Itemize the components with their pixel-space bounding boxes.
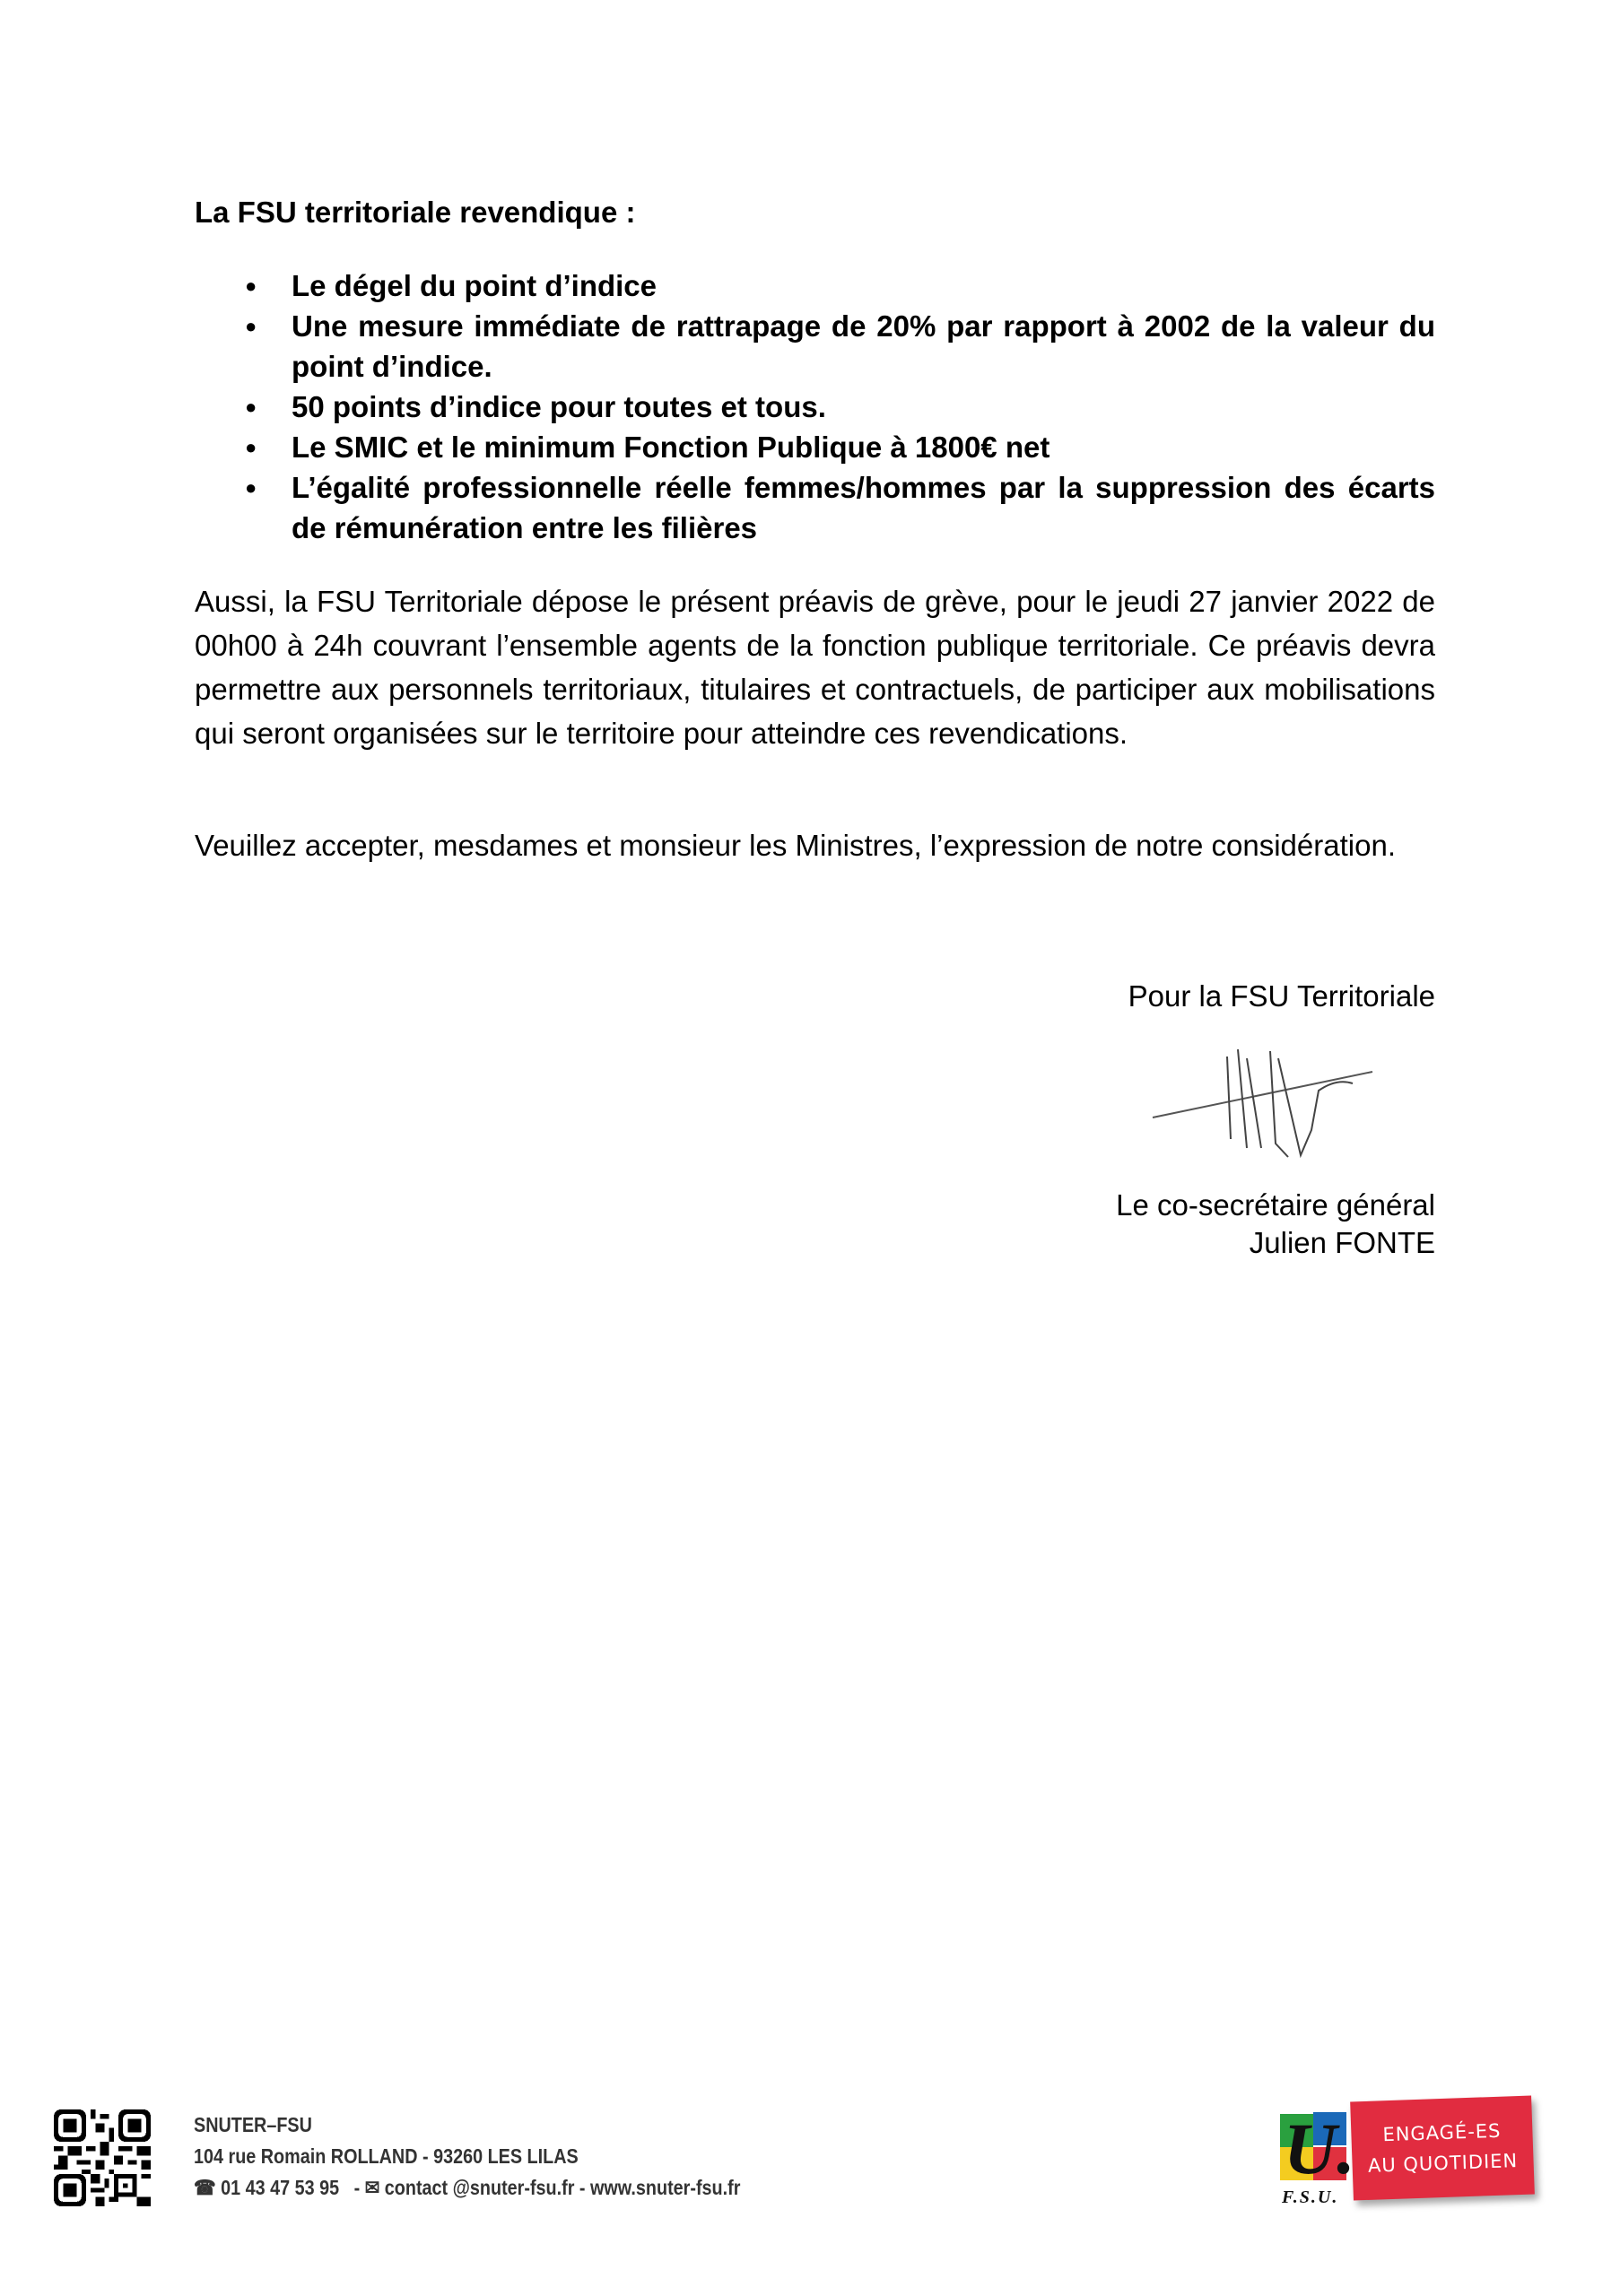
badge-line-2: AU QUOTIDIEN xyxy=(1352,2144,1534,2181)
demands-list: Le dégel du point d’indice Une mesure im… xyxy=(195,265,1435,548)
footer-contact: SNUTER–FSU 104 rue Romain ROLLAND - 9326… xyxy=(194,2109,740,2204)
demand-item: Une mesure immédiate de rattrapage de 20… xyxy=(195,306,1435,387)
mail-icon: ✉ xyxy=(365,2176,380,2199)
footer-separator: - xyxy=(354,2176,361,2199)
strike-notice-paragraph: Aussi, la FSU Territoriale dépose le pré… xyxy=(195,579,1435,755)
footer-address: 104 rue Romain ROLLAND - 93260 LES LILAS xyxy=(194,2141,740,2172)
footer-org: SNUTER–FSU xyxy=(194,2109,740,2141)
signatory: Le co-secrétaire général Julien FONTE xyxy=(1116,1187,1435,1262)
logo-letter: U. xyxy=(1284,2107,1355,2191)
demand-item: 50 points d’indice pour toutes et tous. xyxy=(195,387,1435,427)
document-page: La FSU territoriale revendique : Le dége… xyxy=(0,0,1620,2296)
signatory-name: Julien FONTE xyxy=(1116,1224,1435,1262)
demand-item: L’égalité professionnelle réelle femmes/… xyxy=(195,467,1435,548)
logo-label: F.S.U. xyxy=(1282,2187,1338,2208)
footer-phone: 01 43 47 53 95 xyxy=(221,2176,339,2199)
demand-item: Le dégel du point d’indice xyxy=(195,265,1435,306)
signature-for: Pour la FSU Territoriale xyxy=(1128,978,1435,1015)
footer-website[interactable]: www.snuter-fsu.fr xyxy=(590,2176,740,2199)
qr-code xyxy=(54,2109,151,2206)
demands-heading: La FSU territoriale revendique : xyxy=(195,196,635,230)
signatory-role: Le co-secrétaire général xyxy=(1116,1187,1435,1224)
closing-paragraph: Veuillez accepter, mesdames et monsieur … xyxy=(195,823,1435,867)
engagees-badge: ENGAGÉ-ES AU QUOTIDIEN xyxy=(1350,2096,1535,2201)
footer-separator: - xyxy=(579,2176,586,2199)
phone-icon: ☎ xyxy=(194,2176,216,2199)
footer-email[interactable]: contact @snuter-fsu.fr xyxy=(385,2176,575,2199)
demand-item: Le SMIC et le minimum Fonction Publique … xyxy=(195,427,1435,467)
handwritten-signature xyxy=(1112,1022,1417,1184)
footer-contact-line: ☎ 01 43 47 53 95 - ✉ contact @snuter-fsu… xyxy=(194,2172,740,2204)
fsu-logo: U. F.S.U. xyxy=(1278,2112,1350,2211)
